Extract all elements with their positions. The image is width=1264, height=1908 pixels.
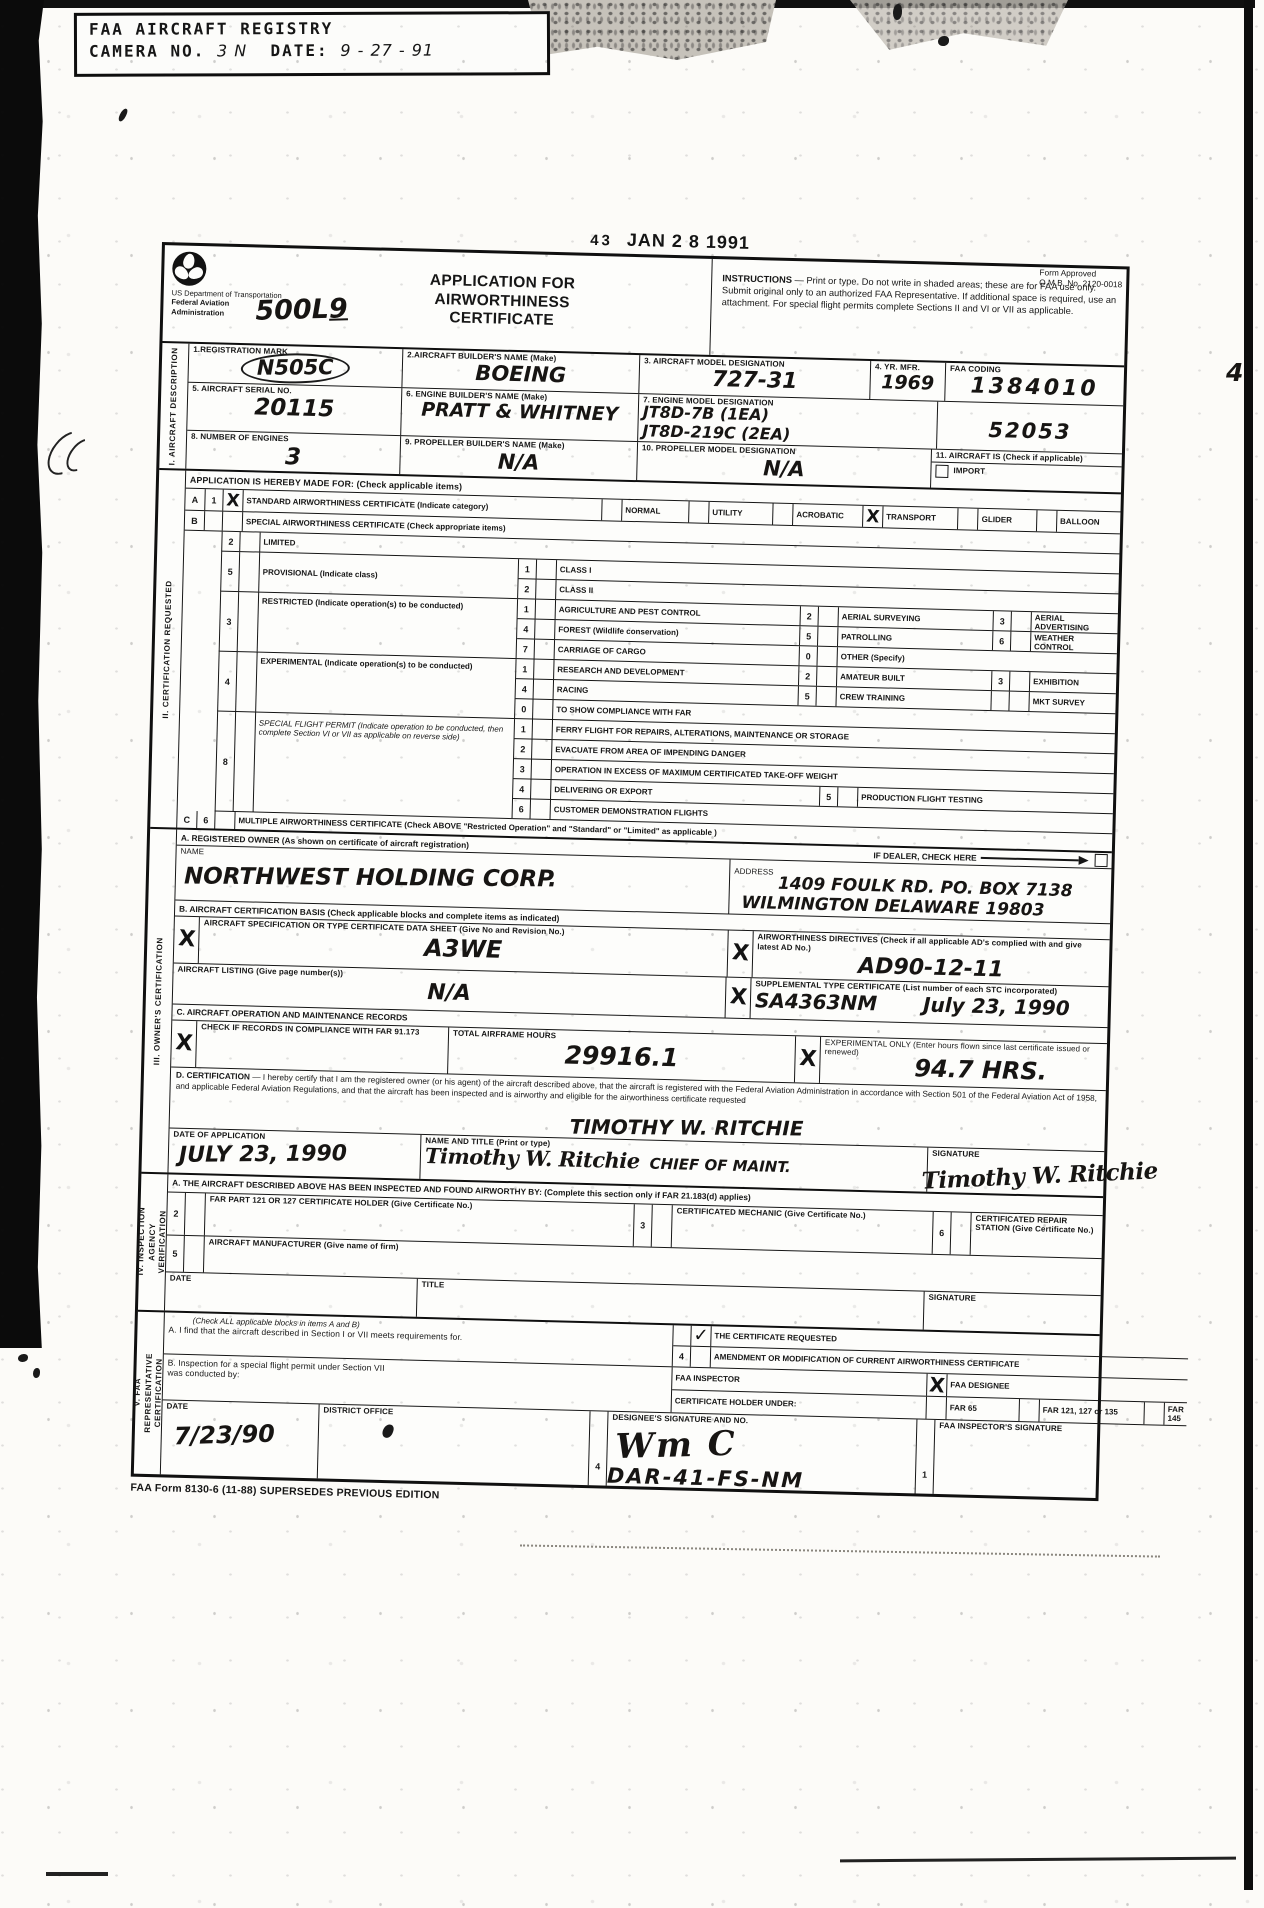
item-number: 0 xyxy=(799,647,817,666)
restricted-checkbox xyxy=(238,592,259,651)
handwritten-file-code: 500L9 xyxy=(255,293,348,326)
row-a-number: 1 xyxy=(205,490,224,511)
ink-blob xyxy=(117,107,128,122)
dealer-check-label: IF DEALER, CHECK HERE xyxy=(873,850,980,863)
faa-designee-checkbox: X xyxy=(927,1373,948,1395)
field-model-designation: 3. AIRCRAFT MODEL DESIGNATION 727-31 xyxy=(639,355,871,399)
far145-label: FAR 145 xyxy=(1164,1403,1187,1426)
item-checkbox xyxy=(533,720,553,740)
category-checkbox-acrobatic xyxy=(773,504,794,525)
field-year-mfr: 4. YR. MFR. 1969 xyxy=(870,361,946,401)
number-of-engines-value: 3 xyxy=(190,441,396,472)
ink-blob xyxy=(18,1354,28,1362)
field-aircraft-builder: 2.AIRCRAFT BUILDER'S NAME (Make) BOEING xyxy=(402,349,640,393)
dot-logo-icon xyxy=(172,251,207,286)
section-4-side-label: IV. INSPECTION xyxy=(137,1207,148,1276)
class1-checkbox xyxy=(537,560,557,580)
item-number: 5 xyxy=(820,787,838,806)
stc-date-value: July 23, 1990 xyxy=(923,992,1070,1020)
item-number: 3 xyxy=(514,759,532,778)
field-registration-mark: 1.REGISTRATION MARK N505C xyxy=(188,344,403,388)
provisional-number: 5 xyxy=(221,552,240,591)
registry-stamp-line2: CAMERA NO. 3 N DATE: 9 - 27 - 91 xyxy=(89,39,535,62)
field-label: DATE xyxy=(166,1401,314,1414)
item-checkbox xyxy=(533,700,553,720)
name-title-role: CHIEF OF MAINT. xyxy=(649,1155,791,1177)
item-checkbox xyxy=(536,600,556,620)
field-number-of-engines: 8. NUMBER OF ENGINES 3 xyxy=(186,431,401,474)
field-date-of-application: DATE OF APPLICATION JULY 23, 1990 xyxy=(168,1128,421,1178)
item-number: 5 xyxy=(800,627,818,646)
row-c-number: 6 xyxy=(197,811,215,828)
margin-annotation: 4 xyxy=(1226,358,1243,387)
far-part-121-number: 2 xyxy=(167,1192,186,1234)
category-checkbox-normal xyxy=(602,500,623,521)
ink-blob xyxy=(938,36,949,46)
item-number: 4 xyxy=(516,679,534,698)
row-c-letter: C xyxy=(177,811,197,829)
class2-checkbox xyxy=(536,580,556,600)
row-b-letter: B xyxy=(185,511,205,531)
airworthiness-directives-checkbox: X xyxy=(728,931,754,977)
designee-number-value: DAR-41-FS-NM xyxy=(607,1463,805,1492)
row-b-number-cell xyxy=(205,512,223,531)
restricted-aerial-surveying: AERIAL SURVEYING xyxy=(838,608,993,631)
field-label: SIGNATURE xyxy=(928,1292,1096,1305)
x-mark: X xyxy=(866,516,879,517)
field-owner-address: ADDRESS 1409 FOULK RD. PO. BOX 7138 WILM… xyxy=(729,860,1111,924)
spacer-cell xyxy=(673,1325,692,1345)
form-8130-6: 43JAN 2 8 1991 US Department of Transpor… xyxy=(130,242,1129,1518)
scan-mark xyxy=(46,1872,108,1876)
camera-no-value: 3 N xyxy=(217,41,247,60)
item-number: 7 xyxy=(517,639,535,658)
category-utility: UTILITY xyxy=(709,502,774,525)
x-mark: X xyxy=(929,1384,944,1385)
category-checkbox-utility xyxy=(689,502,710,523)
owner-name-value: NORTHWEST HOLDING CORP. xyxy=(184,863,725,893)
experimental-mkt-survey: MKT SURVEY xyxy=(1029,692,1115,713)
field-serial-no: 5. AIRCRAFT SERIAL NO. 20115 xyxy=(187,383,402,436)
stc-checkbox: X xyxy=(726,977,752,1018)
x-mark: X xyxy=(226,500,239,501)
item-checkbox xyxy=(535,620,555,640)
stamp-date-label: DATE: xyxy=(270,41,328,60)
item-checkbox xyxy=(1011,632,1031,652)
aircraft-builder-value: BOEING xyxy=(406,359,635,389)
engine-builder-value: PRATT & WHITNEY xyxy=(406,399,634,427)
experimental-hours-value: 94.7 HRS. xyxy=(914,1054,1103,1087)
field-district-office: DISTRICT OFFICE xyxy=(318,1404,591,1485)
form-approved: Form Approved O.M.B. No. 2120-0018 xyxy=(1039,268,1122,290)
provisional-checkbox xyxy=(239,552,260,591)
propeller-builder-value: N/A xyxy=(404,447,633,477)
section-5-faa-representative-certification: V. FAA REPRESENTATIVE CERTIFICATION (Che… xyxy=(134,1311,1100,1497)
registry-camera-stamp: FAA AIRCRAFT REGISTRY CAMERA NO. 3 N DAT… xyxy=(74,11,550,77)
item-checkbox xyxy=(1011,612,1031,632)
model-designation-value: 727-31 xyxy=(643,365,866,396)
item-number: 4 xyxy=(517,619,535,638)
field-certificated-mechanic: CERTIFICATED MECHANIC (Give Certificate … xyxy=(672,1205,934,1254)
experimental-number: 4 xyxy=(218,652,237,711)
field-aircraft-is: 11. AIRCRAFT IS (Check if applicable) IM… xyxy=(931,450,1122,493)
far121-label: FAR 121, 127 or 135 xyxy=(1039,1399,1145,1424)
section-1-side-label: I. AIRCRAFT DESCRIPTION xyxy=(168,347,180,465)
certificated-mechanic-checkbox xyxy=(652,1204,673,1246)
section-4-side-label: AGENCY xyxy=(148,1223,158,1261)
item-number: 0 xyxy=(515,699,533,718)
category-checkbox-balloon xyxy=(1037,511,1058,532)
stamp-date-value: 9 - 27 - 91 xyxy=(340,40,434,59)
mini-number-cell: 1 xyxy=(916,1419,936,1493)
category-glider: GLIDER xyxy=(978,509,1037,531)
standard-cert-checkbox: X xyxy=(223,490,244,511)
year-mfr-value: 1969 xyxy=(874,371,941,395)
field-engine-builder: 6. ENGINE BUILDER'S NAME (Make) PRATT & … xyxy=(401,388,639,441)
restricted-aerial-advertising: AERIAL ADVERTISING xyxy=(1031,613,1117,634)
row-a-letter: A xyxy=(185,489,206,510)
field-repair-station: CERTIFICATED REPAIR STATION (Give Certif… xyxy=(971,1213,1103,1258)
stc-number-value: SA4363NM xyxy=(755,988,878,1015)
class1-number: 1 xyxy=(519,560,537,579)
experimental-exhibition: EXHIBITION xyxy=(1030,672,1116,693)
category-checkbox-glider xyxy=(958,509,979,530)
faa-coding-value: 1384010 xyxy=(949,373,1120,402)
repair-station-checkbox xyxy=(951,1212,972,1254)
dealer-checkbox xyxy=(1094,854,1107,867)
limited-checkbox xyxy=(240,532,260,552)
restricted-number: 3 xyxy=(220,592,239,651)
owner-signature-value: Timothy W. Ritchie xyxy=(921,1157,1158,1194)
category-transport: TRANSPORT xyxy=(883,507,959,530)
handwritten-name-above: TIMOTHY W. RITCHIE xyxy=(570,1113,804,1141)
field-inspection-signature: SIGNATURE xyxy=(924,1291,1101,1333)
omb-number: O.M.B. No. 2120-0018 xyxy=(1039,278,1122,290)
field-engine-model: 7. ENGINE MODEL DESIGNATION JT8D-7B (1EA… xyxy=(638,394,938,449)
x-mark: X xyxy=(730,997,747,999)
field-owner-signature: SIGNATURE Timothy W. Ritchie xyxy=(927,1147,1104,1195)
instructions-block: Form Approved O.M.B. No. 2120-0018 INSTR… xyxy=(710,259,1126,365)
flight-permit-label: SPECIAL FLIGHT PERMIT (Indicate operatio… xyxy=(254,713,515,819)
registry-stamp-line1: FAA AIRCRAFT REGISTRY xyxy=(89,17,535,40)
item-checkbox xyxy=(818,607,838,627)
field-experimental-only: EXPERIMENTAL ONLY (Enter hours flown sin… xyxy=(820,1037,1107,1090)
far121-checkbox xyxy=(1019,1399,1040,1421)
item-checkbox xyxy=(534,680,554,700)
multiple-cert-checkbox xyxy=(215,812,235,830)
ink-blob xyxy=(381,1423,395,1440)
mini-number-cell: 4 xyxy=(589,1411,609,1485)
special-cert-checkbox xyxy=(223,512,243,532)
item-checkbox xyxy=(531,800,551,820)
section-5-side-label: V. FAA xyxy=(133,1378,143,1407)
item-number xyxy=(991,692,1009,711)
item-checkbox xyxy=(818,627,838,647)
item-checkbox xyxy=(838,788,858,808)
rep-date-value: 7/23/90 xyxy=(174,1419,315,1451)
x-mark: X xyxy=(799,1059,816,1061)
item-number: 1 xyxy=(516,659,534,678)
item-number: 2 xyxy=(514,739,532,758)
x-mark: X xyxy=(732,953,749,955)
scan-right-edge xyxy=(1244,0,1253,1890)
aircraft-manufacturer-number: 5 xyxy=(166,1235,185,1271)
records-compliance-checkbox: X xyxy=(171,1020,197,1067)
field-label: ADDRESS xyxy=(734,867,774,877)
date-of-application-value: JULY 23, 1990 xyxy=(179,1141,416,1168)
received-stamp-number: 43 xyxy=(590,232,613,250)
limited-number: 2 xyxy=(222,532,240,551)
restricted-label: RESTRICTED (Indicate operation(s) to be … xyxy=(258,593,518,659)
item-checkbox xyxy=(817,647,837,667)
aircraft-manufacturer-checkbox xyxy=(184,1236,205,1272)
item-number: 4 xyxy=(513,779,531,798)
ink-blob xyxy=(33,1368,40,1378)
scan-mark xyxy=(520,1544,1160,1557)
field-faa-inspector-signature: FAA INSPECTOR'S SIGNATURE xyxy=(934,1420,1187,1500)
experimental-amateur-built: AMATEUR BUILT xyxy=(837,668,992,691)
item-checkbox xyxy=(817,667,837,687)
far65-label: FAR 65 xyxy=(946,1397,1020,1421)
section-4-inspection-agency-verification: IV. INSPECTION AGENCY VERIFICATION A. TH… xyxy=(138,1174,1103,1336)
field-faa-coding-2: 52053 xyxy=(937,402,1123,454)
scan-left-edge xyxy=(0,0,44,1348)
x-mark: X xyxy=(175,1043,192,1045)
certificate-requested-checkbox: ✓ xyxy=(691,1326,711,1346)
registration-mark-value: N505C xyxy=(241,353,350,384)
section-3-owners-certification: III. OWNER'S CERTIFICATION A. REGISTERED… xyxy=(141,829,1111,1198)
form-title: APPLICATION FOR AIRWORTHINESS CERTIFICAT… xyxy=(292,248,711,355)
class2-number: 2 xyxy=(518,580,536,599)
restricted-patrolling: PATROLLING xyxy=(838,628,993,651)
serial-no-value: 20115 xyxy=(192,393,398,424)
item-checkbox xyxy=(531,780,551,800)
field-total-airframe-hours: TOTAL AIRFRAME HOURS 29916.1 xyxy=(448,1027,796,1082)
field-designee-signature: DESIGNEE'S SIGNATURE AND NO. Wm C DAR-41… xyxy=(607,1411,918,1493)
experimental-label: EXPERIMENTAL (Indicate operation(s) to b… xyxy=(256,653,516,719)
field-records-compliance: CHECK IF RECORDS IN COMPLIANCE WITH FAR … xyxy=(196,1021,449,1073)
import-label: IMPORT xyxy=(953,467,985,477)
import-checkbox xyxy=(935,464,948,477)
field-propeller-builder: 9. PROPELLER BUILDER'S NAME (Make) N/A xyxy=(400,436,638,480)
file-code-suffix: 9 xyxy=(328,293,348,324)
x-mark: X xyxy=(178,939,195,941)
field-faa-coding: FAA CODING 1384010 xyxy=(945,363,1124,406)
received-date-stamp: 43JAN 2 8 1991 xyxy=(590,229,750,254)
section-1-aircraft-description: I. AIRCRAFT DESCRIPTION 1.REGISTRATION M… xyxy=(159,343,1124,495)
far-part-121-checkbox xyxy=(185,1193,206,1235)
item-checkbox xyxy=(1009,692,1029,712)
far65-checkbox xyxy=(926,1396,947,1418)
amendment-number: 4 xyxy=(673,1346,692,1366)
received-stamp-date: JAN 2 8 1991 xyxy=(627,230,751,253)
camera-no-label: CAMERA NO. xyxy=(89,41,205,60)
category-balloon: BALLOON xyxy=(1057,511,1121,534)
scan-mark xyxy=(840,1857,1236,1863)
category-acrobatic: ACROBATIC xyxy=(793,504,863,527)
instructions-label: INSTRUCTIONS xyxy=(722,273,792,285)
experimental-crew-training: CREW TRAINING xyxy=(836,688,991,711)
category-normal: NORMAL xyxy=(622,500,689,523)
section-2-side-label: II. CERTIFICATION REQUESTED xyxy=(162,580,174,718)
item-checkbox xyxy=(1010,672,1030,692)
item-checkbox xyxy=(535,640,555,660)
provisional-label: PROVISIONAL (Indicate class) xyxy=(259,553,519,599)
category-checkbox-transport: X xyxy=(863,506,884,527)
experimental-checkbox xyxy=(236,652,257,711)
item-number: 6 xyxy=(993,632,1011,651)
field-inspection-date: DATE xyxy=(165,1272,418,1316)
item-number: 5 xyxy=(798,687,816,706)
item-checkbox xyxy=(532,760,552,780)
name-title-signature: Timothy W. Ritchie xyxy=(425,1143,640,1173)
scan-smudge xyxy=(850,0,1068,52)
faa-coding-2-value: 52053 xyxy=(941,417,1119,445)
scan-smudge xyxy=(528,0,776,60)
field-label: CERTIFICATED REPAIR STATION (Give Certif… xyxy=(975,1214,1098,1235)
item-number: 1 xyxy=(515,719,533,738)
experimental-only-checkbox: X xyxy=(795,1036,821,1083)
spec-sheet-checkbox: X xyxy=(174,917,200,963)
item-number: 1 xyxy=(518,599,536,618)
item-number: 2 xyxy=(800,607,818,626)
restricted-weather-control: WEATHER CONTROL xyxy=(1031,632,1117,653)
item-checkbox xyxy=(816,687,836,707)
form-title-line: CERTIFICATE xyxy=(429,309,575,331)
item-number: 2 xyxy=(799,667,817,686)
item-number: 3 xyxy=(993,612,1011,631)
item-number: 3 xyxy=(992,672,1010,691)
amendment-checkbox xyxy=(691,1346,711,1366)
repair-station-number: 6 xyxy=(933,1212,952,1254)
certificated-mechanic-number: 3 xyxy=(634,1204,653,1246)
item-checkbox xyxy=(532,740,552,760)
field-airworthiness-directives: AIRWORTHINESS DIRECTIVES (Check if all a… xyxy=(753,932,1110,986)
field-propeller-model: 10. PROPELLER MODEL DESIGNATION N/A xyxy=(637,442,932,487)
designee-signature-value: Wm C xyxy=(615,1424,737,1467)
item-number: 6 xyxy=(513,799,531,818)
item-checkbox xyxy=(534,660,554,680)
dealer-check-arrow xyxy=(981,853,1089,866)
file-code-main: 500L xyxy=(255,294,329,327)
far145-checkbox xyxy=(1144,1402,1165,1424)
flight-permit-checkbox xyxy=(234,712,256,811)
field-rep-date: DATE 7/23/90 xyxy=(161,1400,320,1478)
section-2-certification-requested: II. CERTIFICATION REQUESTED APPLICATION … xyxy=(150,470,1121,853)
section-3-side-label: III. OWNER'S CERTIFICATION xyxy=(153,937,165,1065)
